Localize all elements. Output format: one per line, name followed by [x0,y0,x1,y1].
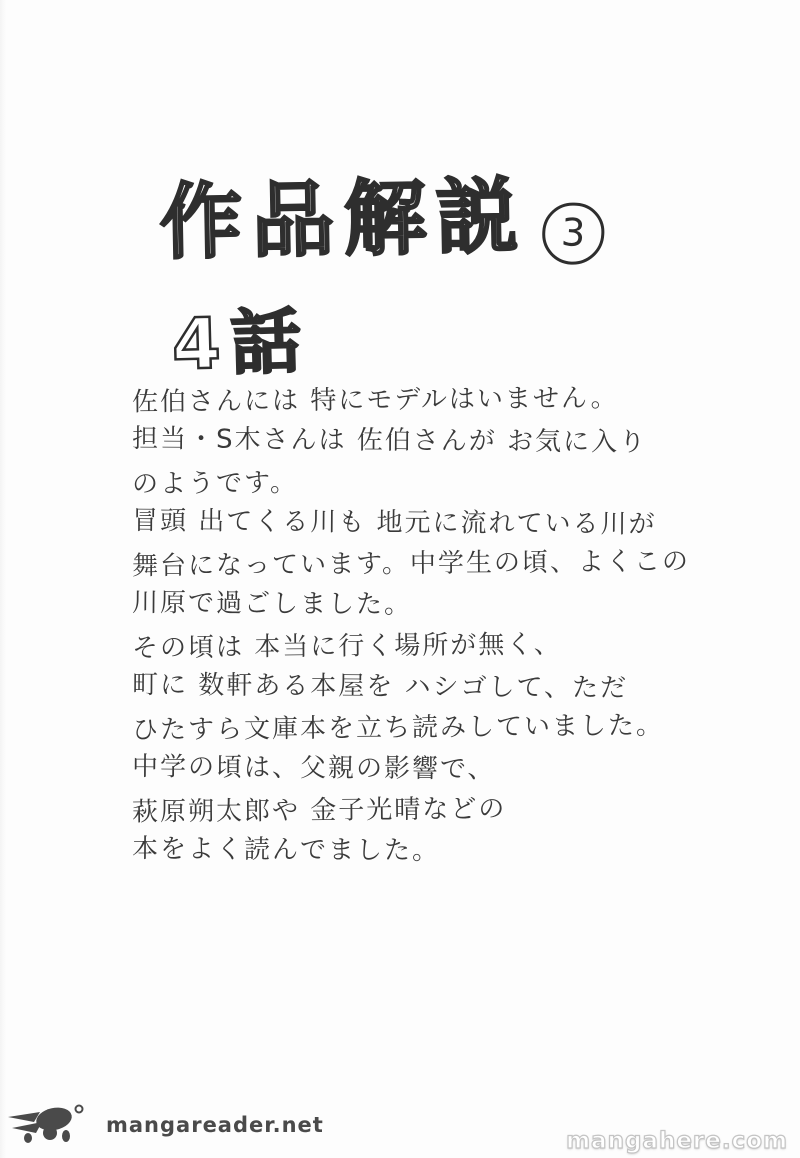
hand-line: その頃は 本当に行く場所が無く、 [132,624,692,670]
mangareader-watermark: mangareader.net [6,1100,324,1150]
mangareader-watermark-label: mangareader.net [106,1113,324,1137]
manga-page-scan: 作品解説3 4話 佐伯さんには 特にモデルはいません。 担当・S木さんは 佐伯さ… [0,0,800,1158]
hand-line: 佐伯さんには 特にモデルはいません。 [132,378,692,424]
hand-line: 担当・S木さんは 佐伯さんが お気に入り [132,419,692,464]
page-title-text: 作品解説 [159,169,529,270]
hand-line: 本をよく読んでました。 [132,829,692,874]
handwritten-commentary: 佐伯さんには 特にモデルはいません。 担当・S木さんは 佐伯さんが お気に入り … [132,380,692,872]
hand-line: 舞台になっています。中学生の頃、よくこの [132,542,692,588]
hand-line: 萩原朔太郎や 金子光晴などの [132,788,692,834]
hand-line: 中学の頃は、父親の影響で、 [132,747,692,792]
hand-line: 冒頭 出てくる川も 地元に流れている川が [132,501,692,546]
episode-heading: 4話 [171,296,312,390]
mangahere-watermark: mangahere.com [566,1128,788,1154]
hand-line: 町に 数軒ある本屋を ハシゴして、ただ [132,665,692,710]
page-title: 作品解説3 [159,161,605,279]
circled-number-3: 3 [541,201,606,266]
hand-line: 川原で過ごしました。 [132,583,692,628]
hand-line: ひたすら文庫本を立ち読みしていました。 [132,706,692,752]
hand-line: のようです。 [132,460,692,506]
mangareader-mascot-icon [6,1100,98,1150]
